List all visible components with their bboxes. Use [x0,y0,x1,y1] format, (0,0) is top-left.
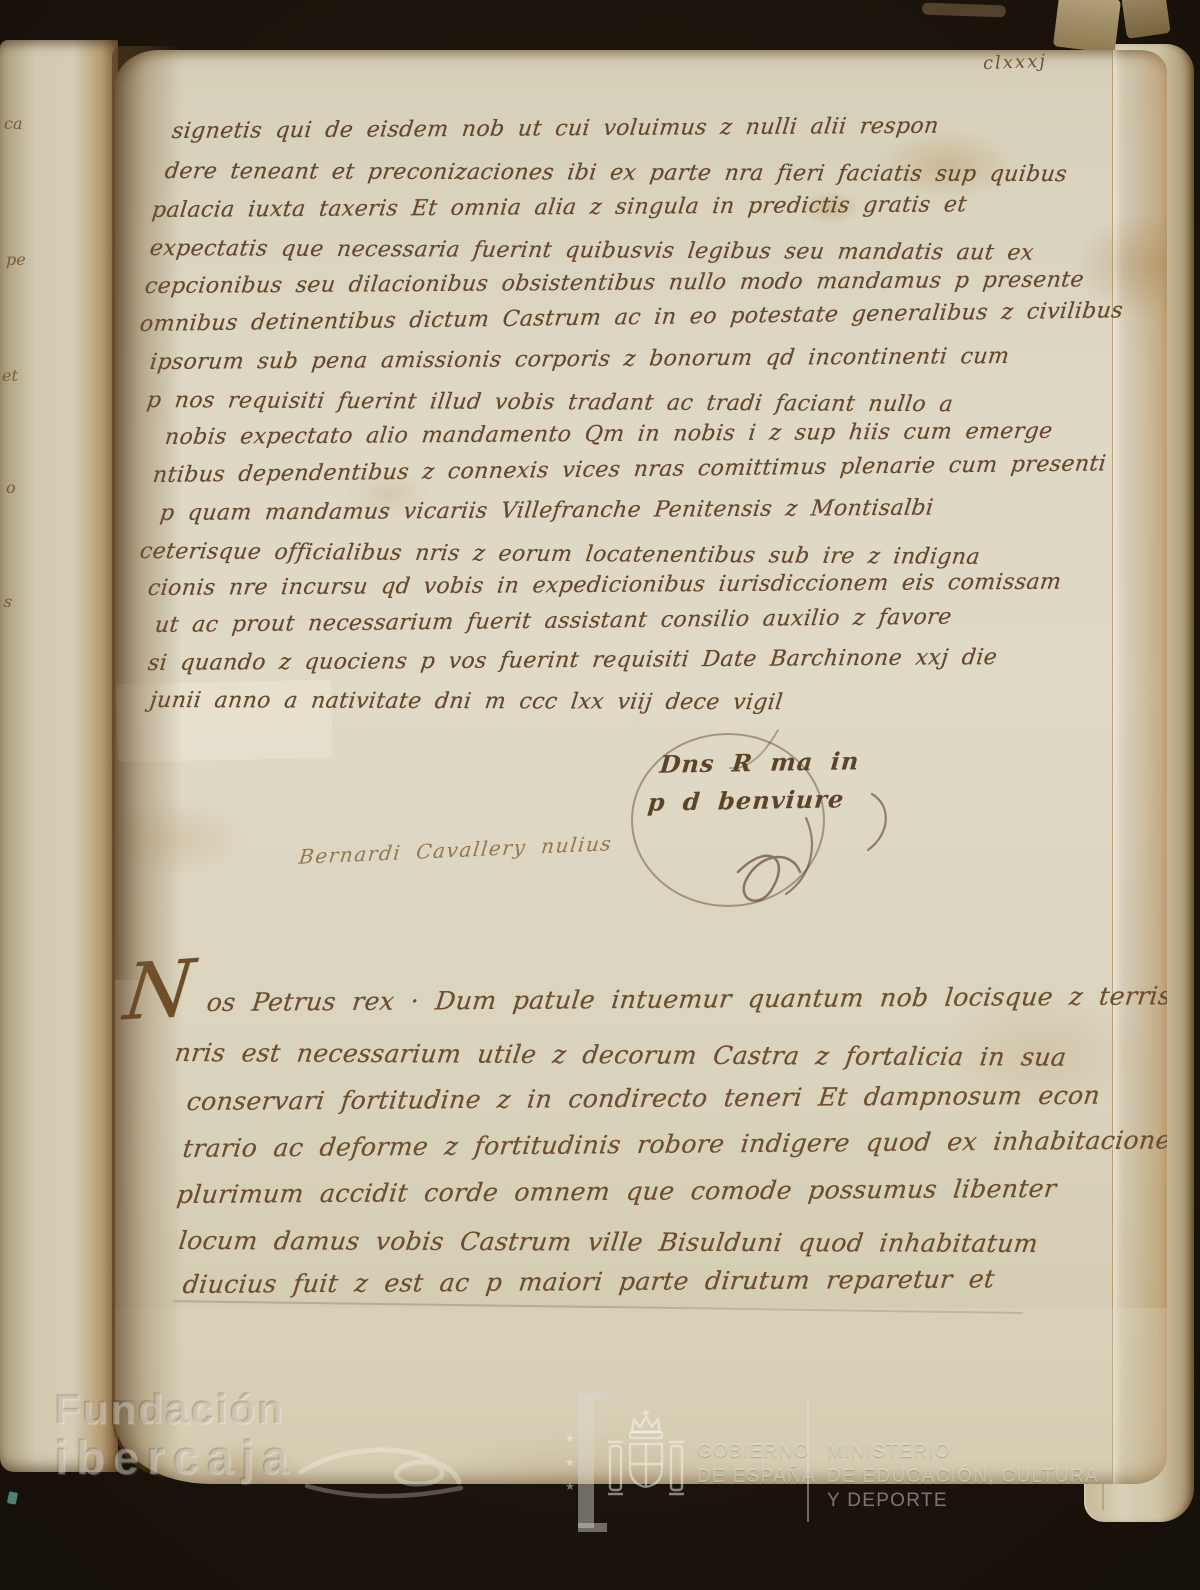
manuscript-line: palacia iuxta taxeris Et omnia alia z si… [151,192,969,223]
folio-number: clxxxj [983,51,1048,74]
marginalia-mark: pe [6,250,26,269]
closing-line-2: p d benviure [647,784,846,816]
manuscript-line: diucius fuit z est ac p maiori parte dir… [181,1264,996,1299]
ministerio-line3: Y DEPORTE [827,1489,1099,1514]
manuscript-line: si quando z quociens p vos fuerint requi… [147,645,999,676]
marginalia-mark: o [6,478,16,497]
manuscript-line: ntibus dependentibus z connexis vices nr… [152,451,1108,488]
torn-paper-fragment [922,3,1006,18]
manuscript-line: nris est necessarium utile z decorum Cas… [173,1038,1068,1072]
manuscript-line: trario ac deforme z fortitudinis robore … [181,1125,1167,1163]
tipped-in-sheet [115,1308,1167,1484]
manuscript-line: ipsorum sub pena amissionis corporis z b… [149,344,1011,375]
manuscript-line: signetis qui de eisdem nob ut cui voluim… [171,114,941,144]
manuscript-line: cionis nre incursu qd vobis in expedicio… [147,570,1063,601]
torn-paper-fragment [1121,0,1170,39]
manuscript-line: dere teneant et preconizaciones ibi ex p… [163,159,1068,187]
paragraph-initial: N [121,950,198,1033]
notary-subscription: Bernardi Cavallery nulius [298,831,614,869]
marginalia-mark: ca [4,114,23,133]
manuscript-line: p nos requisiti fuerint illud vobis trad… [145,388,954,417]
manuscript-line: omnibus detinentibus dictum Castrum ac i… [139,298,1125,337]
manuscript-line: junii anno a nativitate dni m ccc lxx vi… [148,688,784,715]
debris-speck [7,1491,18,1505]
manuscript-line: os Petrus rex · Dum patule intuemur quan… [205,981,1167,1017]
manuscript-line: ut ac prout necessarium fuerit assistant… [154,605,953,638]
manuscript-line: nobis expectato alio mandamento Qm in no… [164,419,1054,450]
manuscript-line: ceterisque officialibus nris z eorum loc… [138,539,981,570]
marginalia-mark: et [2,366,18,385]
torn-paper-fragment [1053,0,1121,54]
archival-photo: { "photo": { "folio_number": "clxxxj", "… [0,0,1200,1590]
eu-flag-bar-cap [578,1523,607,1532]
manuscript-line: locum damus vobis Castrum ville Bisuldun… [177,1226,1040,1258]
manuscript-page: clxxxj signetis qui de eisdem nob ut cui… [115,50,1167,1484]
manuscript-line: plurimum accidit corde omnem que comode … [175,1174,1058,1209]
closing-line-1: Dns R ma in [659,746,861,778]
manuscript-line: p quam mandamus vicariis Villefranche Pe… [159,496,935,526]
manuscript-line: conservari fortitudine z in condirecto t… [185,1081,1102,1116]
manuscript-line: expectatis que necessaria fuerint quibus… [148,236,1035,266]
page-fore-edge-layers [1112,50,1167,1484]
manuscript-line: cepcionibus seu dilacionibus obsistentib… [144,267,1086,299]
